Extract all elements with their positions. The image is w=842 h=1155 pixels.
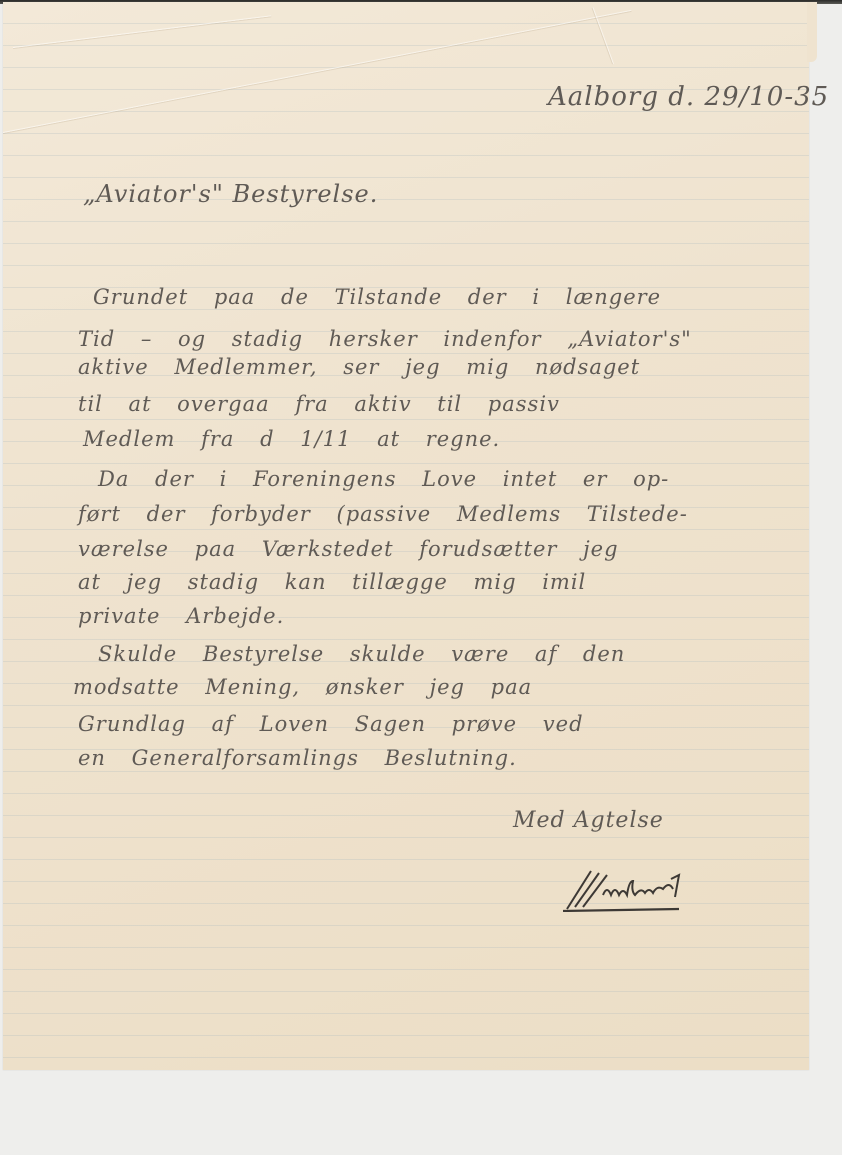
letter-line: Skulde Bestyrelse skulde være af den	[98, 642, 625, 666]
letter-line: værelse paa Værkstedet forudsætter jeg	[78, 537, 619, 561]
letter-line: ført der forbyder (passive Medlems Tilst…	[78, 502, 688, 526]
letter-paper: Aalborg d. 29/10-35 „Aviator's" Bestyrel…	[3, 2, 809, 1070]
paper-corner	[807, 2, 817, 62]
letter-line: modsatte Mening, ønsker jeg paa	[73, 675, 532, 699]
salutation: „Aviator's" Bestyrelse.	[83, 180, 378, 208]
place-date: Aalborg d. 29/10-35	[548, 82, 829, 112]
letter-line: Grundet paa de Tilstande der i længere	[93, 285, 661, 309]
paper-crease	[3, 10, 631, 133]
letter-line: Da der i Foreningens Love intet er op-	[98, 467, 669, 491]
signature	[563, 867, 693, 912]
letter-line: en Generalforsamlings Beslutning.	[78, 746, 517, 770]
letter-line: aktive Medlemmer, ser jeg mig nødsaget	[78, 355, 640, 379]
letter-line: Grundlag af Loven Sagen prøve ved	[78, 712, 584, 736]
paper-crease	[13, 15, 271, 48]
letter-line: at jeg stadig kan tillægge mig imil	[78, 570, 586, 594]
letter-line: Tid – og stadig hersker indenfor „Aviato…	[78, 327, 692, 351]
letter-line: private Arbejde.	[78, 604, 284, 628]
letter-line: til at overgaa fra aktiv til passiv	[78, 392, 560, 416]
closing: Med Agtelse	[513, 808, 664, 833]
letter-line: Medlem fra d 1/11 at regne.	[83, 427, 500, 451]
